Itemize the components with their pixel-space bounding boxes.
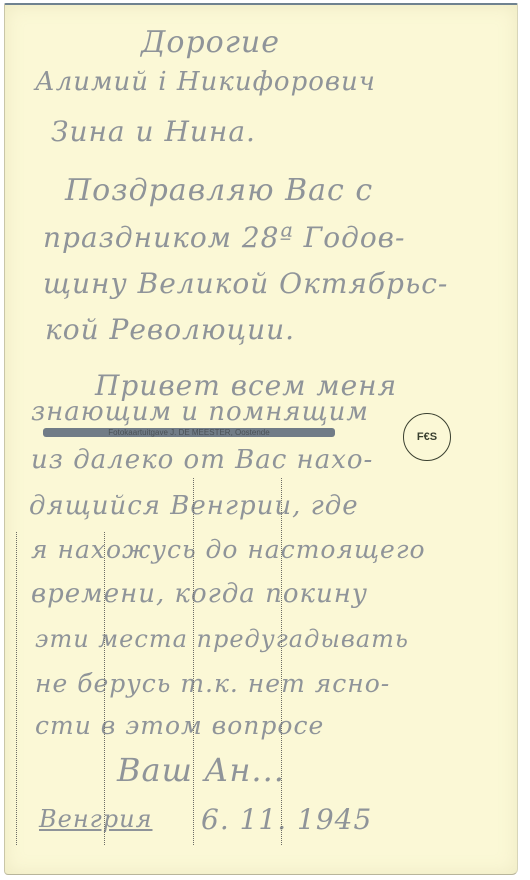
signature: Ваш Ан...: [117, 751, 285, 789]
body-line: я нахожусь до настоящего: [31, 535, 426, 564]
address-divider: [104, 532, 105, 845]
place-of-writing: Венгрия: [39, 805, 153, 833]
greeting: Дорогие: [141, 25, 280, 60]
addressees-line-1: Алимий i Никифорович: [35, 67, 376, 97]
body-line: эти места предугадывать: [35, 625, 409, 653]
body-line: кой Революции.: [45, 313, 295, 346]
body-line: праздником 28ª Годов-: [43, 221, 405, 254]
printed-publisher-crossed-out: Fotokaartuitgave J. DE MEESTER, Oostende: [43, 428, 335, 437]
publisher-logo: F€S: [403, 413, 451, 461]
addressees-line-2: Зина и Нина.: [51, 115, 256, 148]
body-line: Поздравляю Вас с: [65, 173, 373, 208]
date: 6. 11. 1945: [201, 803, 372, 836]
body-line: времени, когда покину: [31, 579, 368, 609]
address-divider: [193, 478, 194, 845]
body-line: не берусь т.к. нет ясно-: [35, 669, 390, 698]
body-line: знающим и помнящим: [31, 397, 369, 427]
body-line: из далеко от Вас нахо-: [31, 445, 373, 475]
logo-monogram: F€S: [417, 431, 437, 443]
body-line: щину Великой Октябрьс-: [43, 267, 448, 300]
address-divider: [281, 478, 282, 845]
address-divider: [16, 532, 17, 845]
postcard-back: Дорогие Алимий i Никифорович Зина и Нина…: [4, 3, 518, 875]
